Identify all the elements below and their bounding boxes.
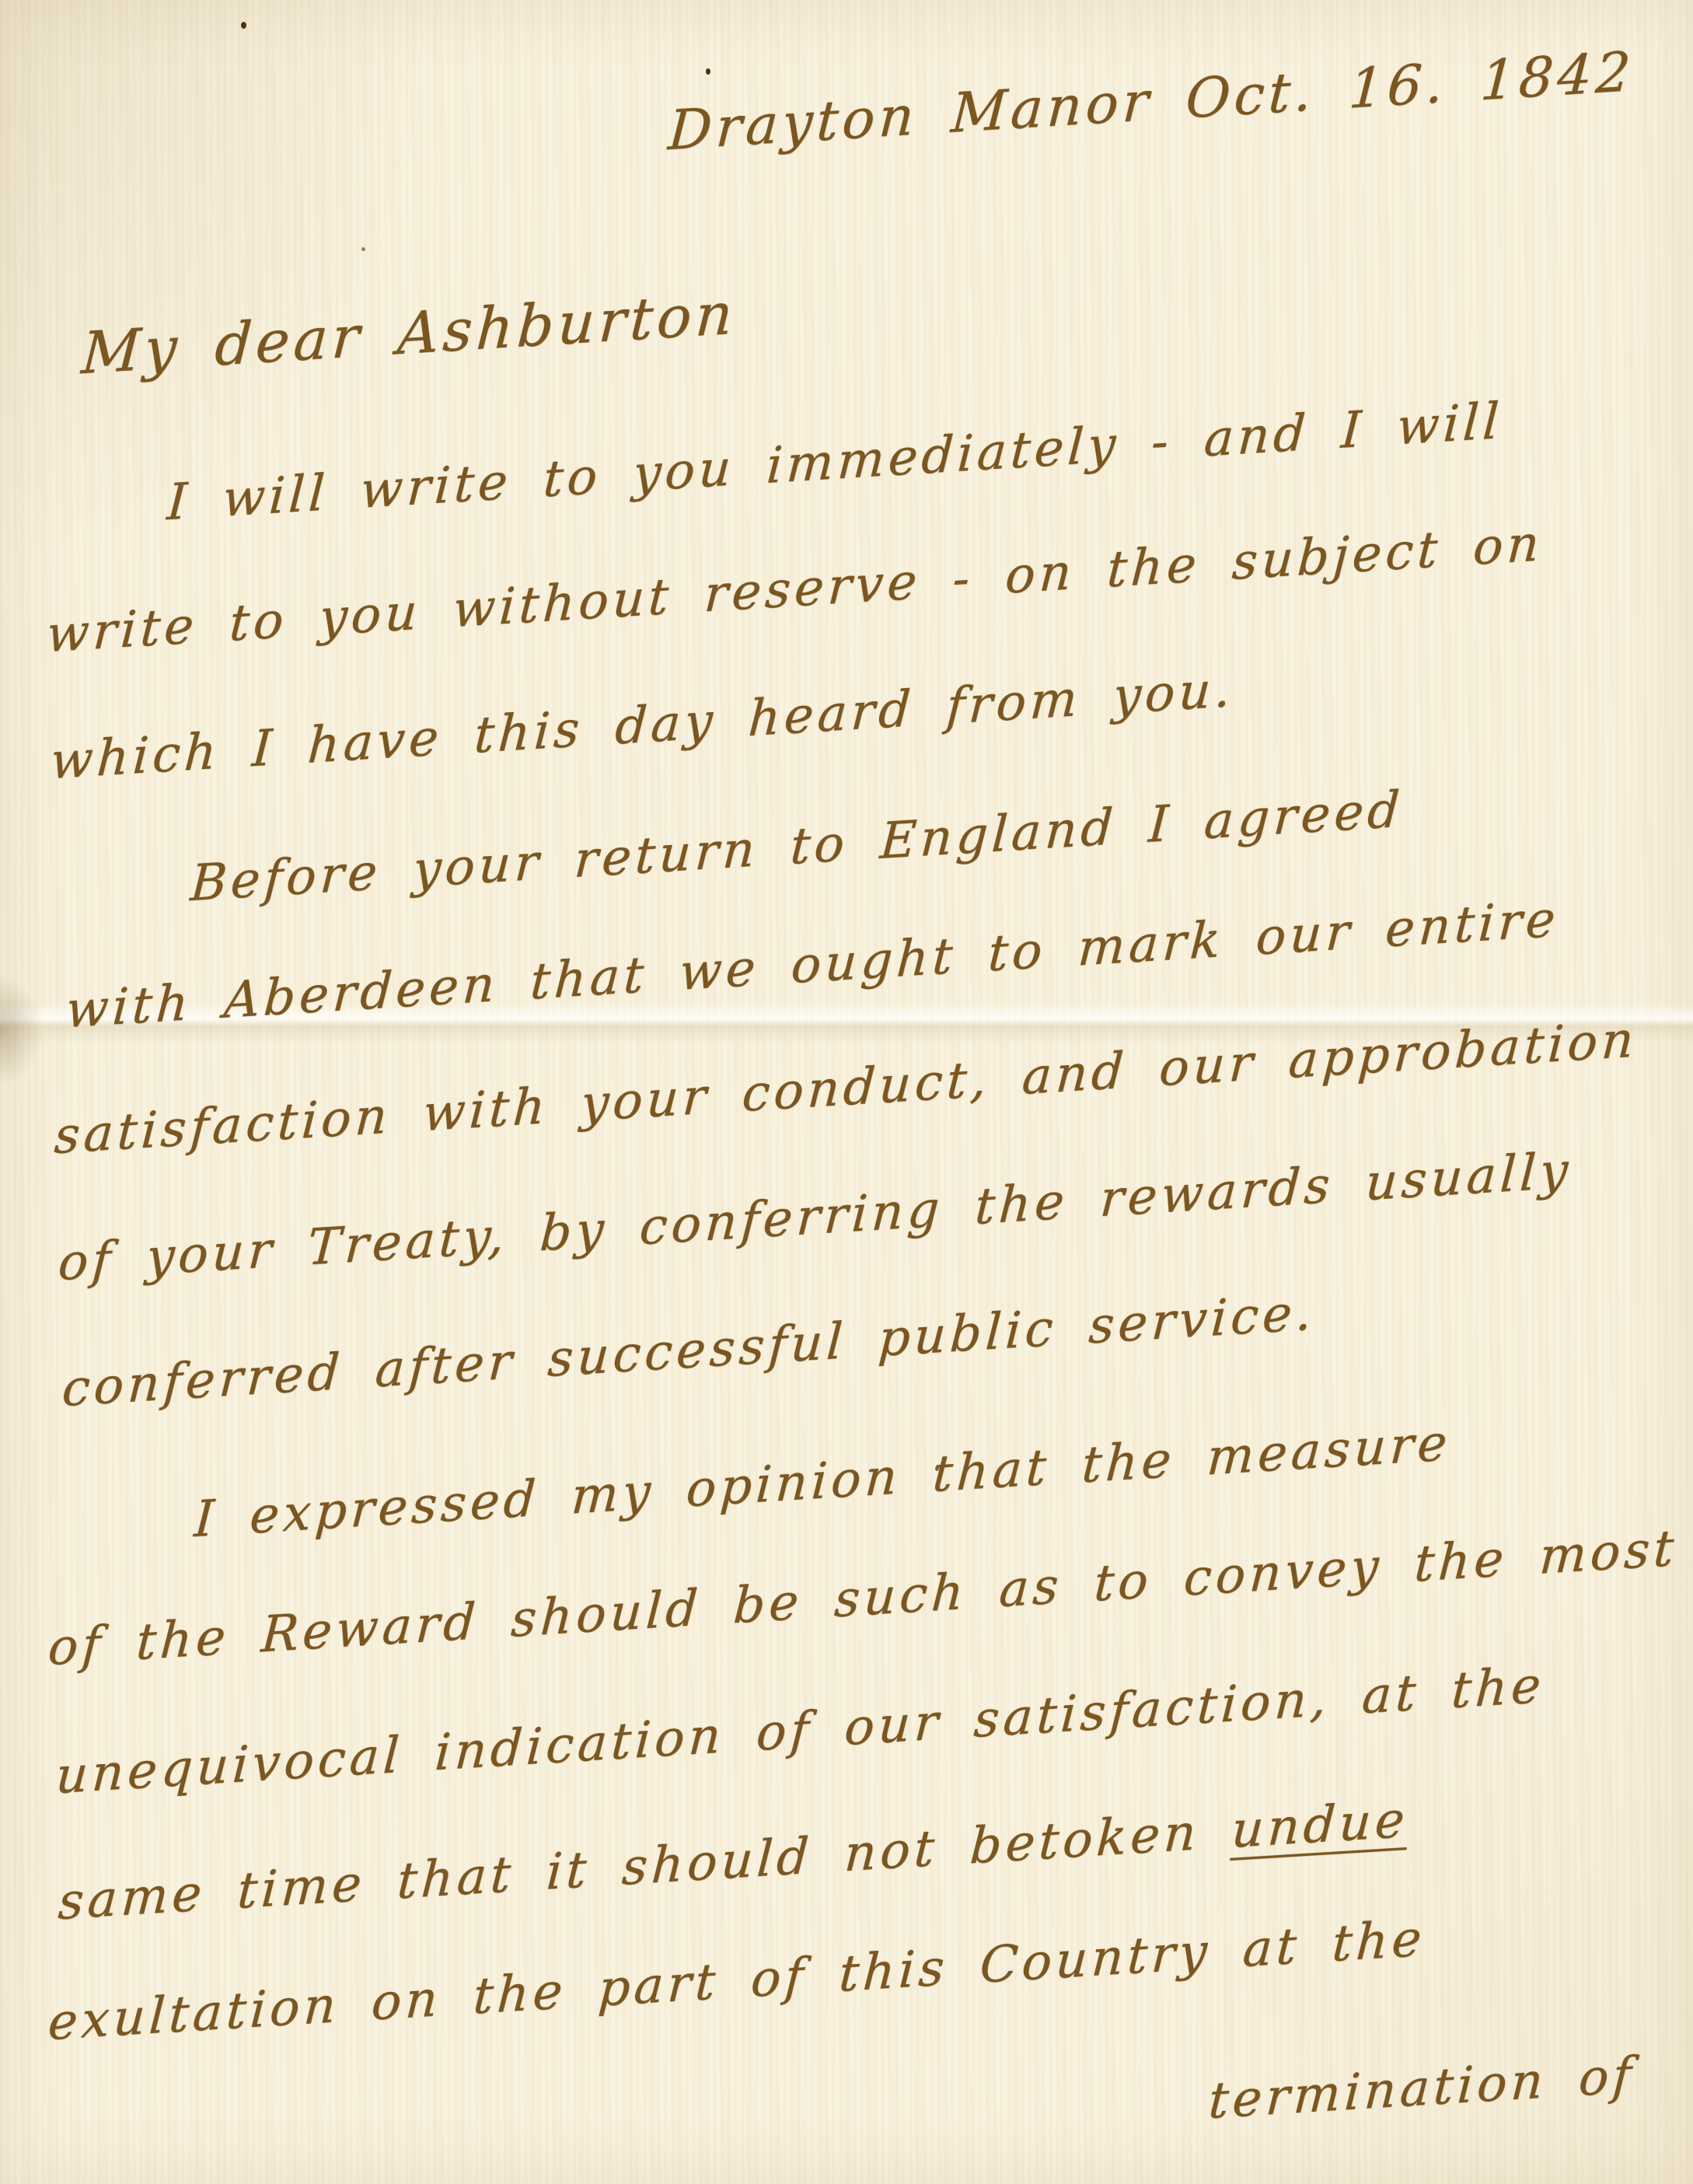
salutation: My dear Ashburton [79, 282, 738, 386]
ink-speck [241, 22, 246, 29]
body-line: exultation on the part of this Country a… [47, 1911, 1427, 2050]
body-line-text: same time that it should not betoken [57, 1801, 1234, 1931]
body-line: of your Treaty, by conferring the reward… [57, 1144, 1573, 1291]
underlined-word: undue [1230, 1791, 1410, 1860]
body-line: Before your return to England I agreed [189, 782, 1405, 911]
body-line: same time that it should not betoken und… [57, 1793, 1410, 1931]
body-line: I will write to you immediately - and I … [166, 394, 1504, 531]
ink-speck [361, 247, 365, 251]
catchword: termination of [1207, 2048, 1637, 2129]
dateline: Drayton Manor Oct. 16. 1842 [667, 42, 1636, 161]
ink-speck [706, 68, 710, 75]
fold-shadow [0, 976, 44, 1085]
body-line: conferred after successful public servic… [61, 1285, 1318, 1417]
body-line: of the Reward should be such as to conve… [47, 1522, 1679, 1676]
body-line: unequivocal indication of our satisfacti… [54, 1658, 1546, 1805]
body-line: I expressed my opinion that the measure [193, 1416, 1453, 1548]
body-line: write to you without reserve - on the su… [45, 516, 1545, 663]
letter-page: Drayton Manor Oct. 16. 1842 My dear Ashb… [0, 0, 1693, 2184]
body-line: which I have this day heard from you. [49, 662, 1236, 790]
